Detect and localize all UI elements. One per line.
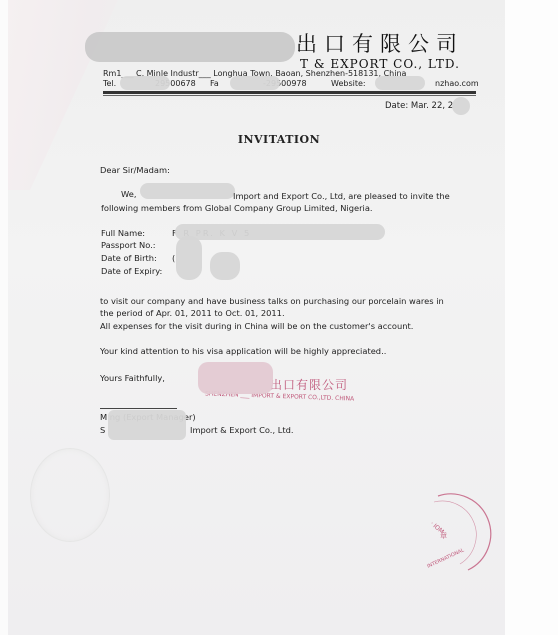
redaction-fax [230,76,280,90]
birth-date-label: Date of Birth: [101,253,157,263]
document-title: INVITATION [0,133,558,146]
redaction-stamp [198,362,273,394]
company-stamp-chinese: 出口有限公司 [270,376,348,393]
passport-label: Passport No.: [101,240,156,250]
letter-date: Date: Mar. 22, 2 [385,101,453,111]
signatory-company-prefix: S [100,425,105,435]
full-name-label: Full Name: [101,228,145,238]
intro-we: We, [121,189,136,199]
fax-label: Fa [210,79,219,88]
redaction-passport-birth-expiry [176,236,202,280]
website-url: nzhao.com [435,79,479,88]
body-line1: to visit our company and have business t… [100,296,444,306]
signature-line [100,408,177,409]
birth-date-value: ( [172,253,175,263]
intro-line1: Import and Export Co., Ltd, are pleased … [233,191,450,201]
signatory-company: Import & Export Co., Ltd. [190,425,294,435]
redaction-company-name [85,32,295,62]
redaction-tel [120,76,170,90]
intro-line2: following members from Global Company Gr… [101,203,373,213]
company-name-chinese: 出口有限公司 [296,28,464,58]
salutation: Dear Sir/Madam: [100,165,170,175]
website-label: Website: [331,79,366,88]
body-line2: the period of Apr. 01, 2011 to Oct. 01, … [100,308,285,318]
redaction-signatory [108,410,186,440]
closing: Yours Faithfully, [100,373,165,383]
tel-label: Tel. [103,79,116,88]
background-edge [505,0,558,635]
redaction-personal-data [210,252,240,280]
expiry-date-label: Date of Expiry: [101,266,162,276]
svg-text:INTERNATIONAL: INTERNATIONAL [426,547,465,569]
svg-text:章: 章 [440,531,447,540]
redaction-website [375,76,425,90]
body-line4: Your kind attention to his visa applicat… [100,346,386,356]
body-line3: All expenses for the visit during in Chi… [100,321,413,331]
letterhead-rule-thick [103,91,476,94]
redaction-full-name [175,224,385,240]
redaction-intro-company [140,183,235,199]
embossed-seal [30,448,110,542]
round-stamp-icon: · IOM · INTERNATIONAL 章 [408,488,498,578]
redaction-date-year [452,97,470,115]
letterhead-rule-thin [103,95,476,96]
